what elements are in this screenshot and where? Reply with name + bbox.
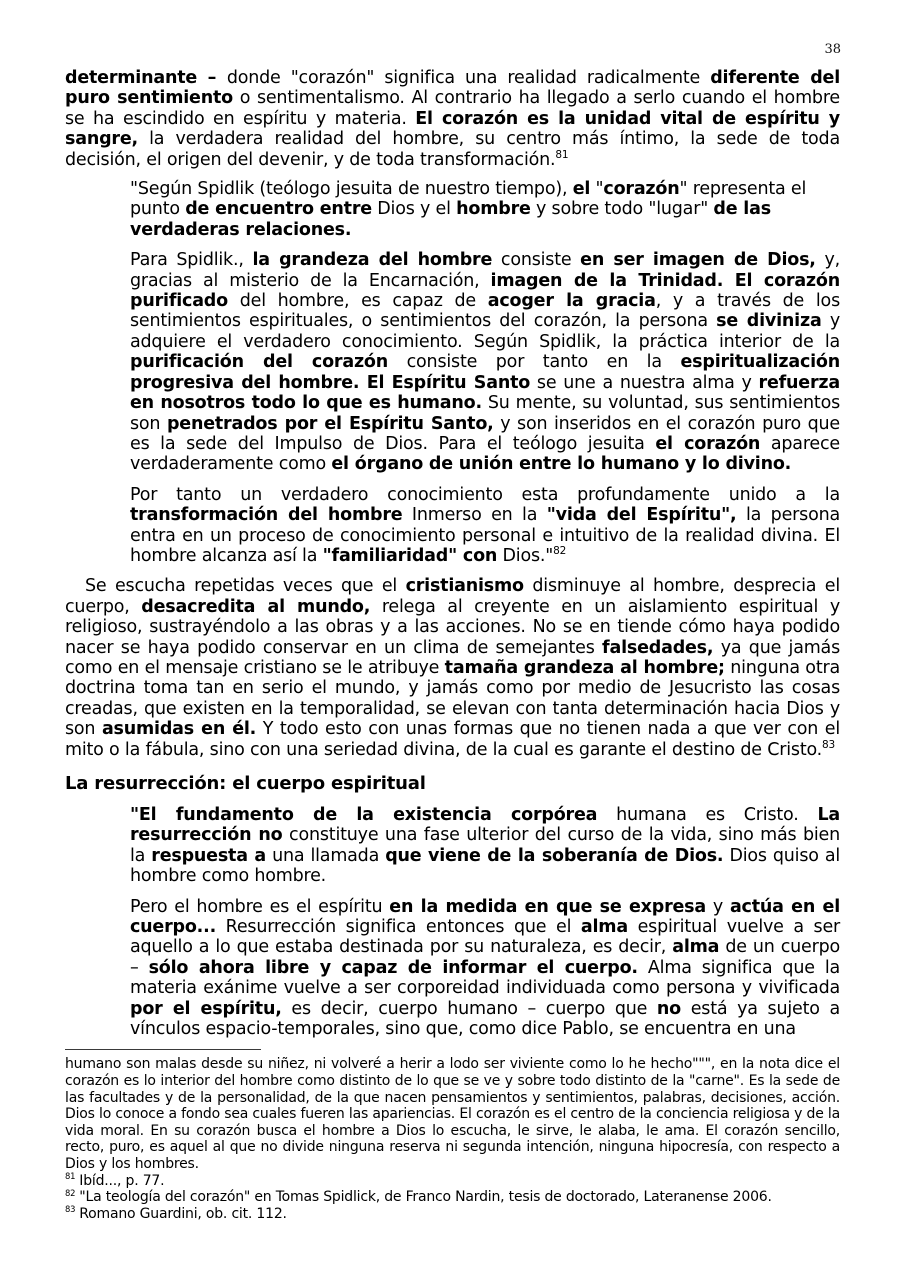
quote-el-fundamento: "El fundamento de la existencia corpórea… [130, 805, 840, 887]
footnote-marker: 81 [65, 1171, 75, 1181]
document-page: 38 determinante – donde "corazón" signif… [0, 0, 905, 1280]
quote-para-spidlik: Para Spidlik., la grandeza del hombre co… [130, 250, 840, 474]
quote-pero-el-hombre: Pero el hombre es el espíritu en la medi… [130, 897, 840, 1040]
body-paragraph-determinante: determinante – donde "corazón" significa… [65, 68, 840, 170]
footnote-82: 82"La teología del corazón" en Tomas Spi… [65, 1189, 840, 1206]
body-paragraph-se-escucha: Se escucha repetidas veces que el cristi… [65, 576, 840, 760]
footnote-81: 81Ibíd..., p. 77. [65, 1173, 840, 1190]
footnote-marker: 83 [65, 1204, 75, 1214]
footnote-marker: 82 [65, 1188, 75, 1198]
footnote-separator [65, 1049, 261, 1050]
page-body: determinante – donde "corazón" significa… [0, 0, 905, 1049]
page-number: 38 [824, 42, 841, 57]
footnote-section: humano son malas desde su niñez, ni volv… [0, 1049, 905, 1280]
footnote-83: 83Romano Guardini, ob. cit. 112. [65, 1206, 840, 1223]
footnote-text: "La teología del corazón" en Tomas Spidl… [79, 1189, 771, 1205]
quote-por-tanto: Por tanto un verdadero conocimiento esta… [130, 485, 840, 567]
quote-segun-spidlik: "Según Spidlik (teólogo jesuita de nuest… [130, 179, 840, 240]
footnote-continuation: humano son malas desde su niñez, ni volv… [65, 1056, 840, 1172]
footnote-text: Ibíd..., p. 77. [79, 1173, 164, 1189]
section-heading-resurreccion: La resurrección: el cuerpo espiritual [65, 773, 840, 795]
footnote-text: Romano Guardini, ob. cit. 112. [79, 1206, 287, 1222]
